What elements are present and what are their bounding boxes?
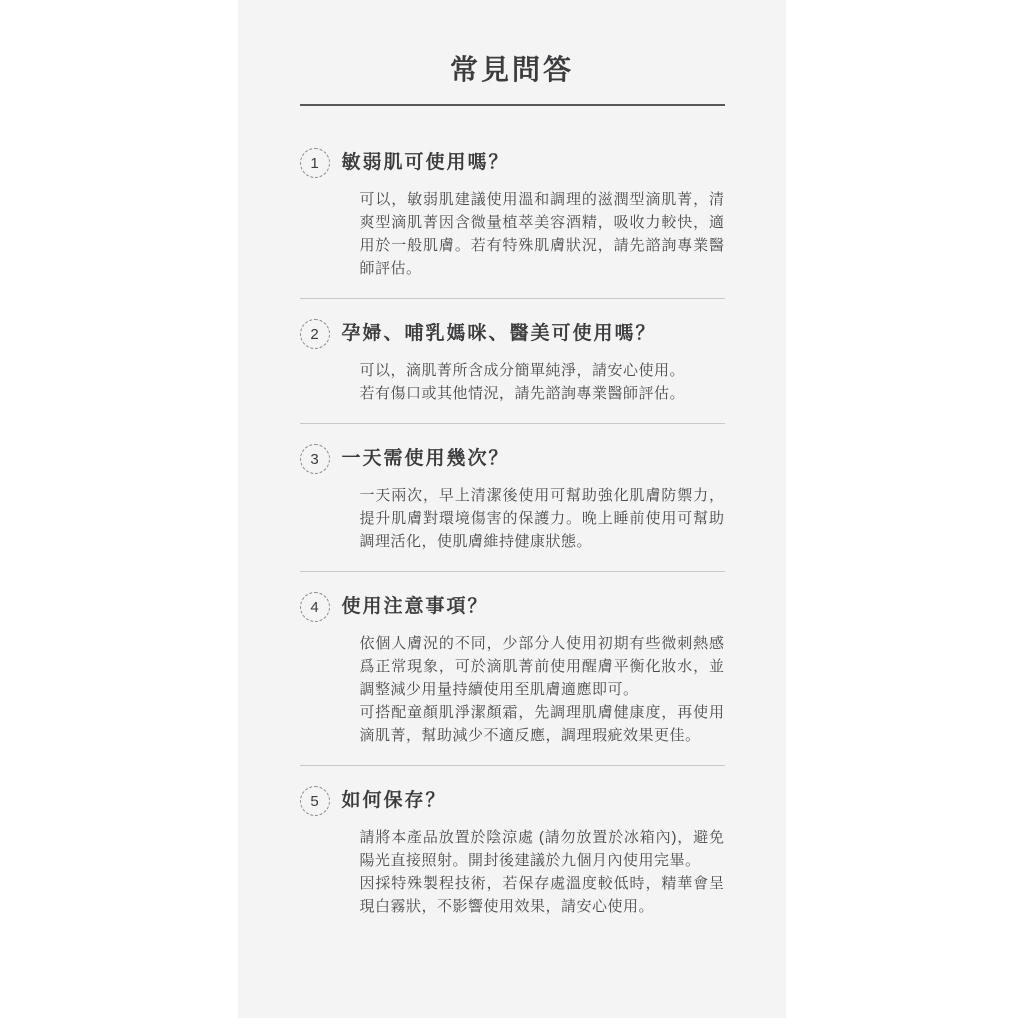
faq-panel: 常見問答 1 敏弱肌可使用嗎？ 可以，敏弱肌建議使用溫和調理的滋潤型滴肌菁，清爽… xyxy=(238,0,786,1018)
answer-text: 可以，敏弱肌建議使用溫和調理的滋潤型滴肌菁，清爽型滴肌菁因含微量植萃美容酒精，吸… xyxy=(360,188,725,280)
item-number-badge: 5 xyxy=(300,786,330,816)
answer-paragraph: 依個人膚況的不同，少部分人使用初期有些微刺熱感爲正常現象，可於滴肌菁前使用醒膚平… xyxy=(360,632,725,701)
answer-text: 依個人膚況的不同，少部分人使用初期有些微刺熱感爲正常現象，可於滴肌菁前使用醒膚平… xyxy=(360,632,725,747)
answer-text: 可以，滴肌菁所含成分簡單純淨，請安心使用。 若有傷口或其他情況，請先諮詢專業醫師… xyxy=(360,359,725,405)
answer-paragraph: 請將本產品放置於陰涼處 (請勿放置於冰箱內)，避免陽光直接照射。開封後建議於九個… xyxy=(360,826,725,872)
faq-item-5: 5 如何保存？ 請將本產品放置於陰涼處 (請勿放置於冰箱內)，避免陽光直接照射。… xyxy=(300,765,725,936)
answer-paragraph: 一天兩次，早上清潔後使用可幫助強化肌膚防禦力，提升肌膚對環境傷害的保護力。晚上睡… xyxy=(360,484,725,553)
question-row: 4 使用注意事項？ xyxy=(300,592,725,622)
question-row: 2 孕婦、哺乳媽咪、醫美可使用嗎？ xyxy=(300,319,725,349)
question-row: 1 敏弱肌可使用嗎？ xyxy=(300,148,725,178)
faq-item-1: 1 敏弱肌可使用嗎？ 可以，敏弱肌建議使用溫和調理的滋潤型滴肌菁，清爽型滴肌菁因… xyxy=(300,148,725,298)
item-number-badge: 2 xyxy=(300,319,330,349)
faq-item-4: 4 使用注意事項？ 依個人膚況的不同，少部分人使用初期有些微刺熱感爲正常現象，可… xyxy=(300,571,725,765)
question-text: 敏弱肌可使用嗎？ xyxy=(342,148,510,178)
question-text: 如何保存？ xyxy=(342,786,447,816)
question-row: 3 一天需使用幾次？ xyxy=(300,444,725,474)
item-number-badge: 4 xyxy=(300,592,330,622)
answer-text: 請將本產品放置於陰涼處 (請勿放置於冰箱內)，避免陽光直接照射。開封後建議於九個… xyxy=(360,826,725,918)
answer-paragraph: 可搭配童顏肌淨潔顏霜，先調理肌膚健康度，再使用滴肌菁，幫助減少不適反應，調理瑕疵… xyxy=(360,701,725,747)
item-number-badge: 3 xyxy=(300,444,330,474)
question-text: 使用注意事項？ xyxy=(342,592,489,622)
faq-list: 1 敏弱肌可使用嗎？ 可以，敏弱肌建議使用溫和調理的滋潤型滴肌菁，清爽型滴肌菁因… xyxy=(300,148,725,936)
answer-paragraph: 若有傷口或其他情況，請先諮詢專業醫師評估。 xyxy=(360,382,725,405)
answer-text: 一天兩次，早上清潔後使用可幫助強化肌膚防禦力，提升肌膚對環境傷害的保護力。晚上睡… xyxy=(360,484,725,553)
question-text: 孕婦、哺乳媽咪、醫美可使用嗎？ xyxy=(342,319,657,349)
answer-paragraph: 因採特殊製程技術，若保存處溫度較低時，精華會呈現白霧狀，不影響使用效果，請安心使… xyxy=(360,872,725,918)
answer-paragraph: 可以，敏弱肌建議使用溫和調理的滋潤型滴肌菁，清爽型滴肌菁因含微量植萃美容酒精，吸… xyxy=(360,188,725,280)
faq-item-2: 2 孕婦、哺乳媽咪、醫美可使用嗎？ 可以，滴肌菁所含成分簡單純淨，請安心使用。 … xyxy=(300,298,725,423)
title-underline xyxy=(300,104,725,106)
question-text: 一天需使用幾次？ xyxy=(342,444,510,474)
faq-item-3: 3 一天需使用幾次？ 一天兩次，早上清潔後使用可幫助強化肌膚防禦力，提升肌膚對環… xyxy=(300,423,725,571)
answer-paragraph: 可以，滴肌菁所含成分簡單純淨，請安心使用。 xyxy=(360,359,725,382)
page-title: 常見問答 xyxy=(238,50,786,90)
item-number-badge: 1 xyxy=(300,148,330,178)
question-row: 5 如何保存？ xyxy=(300,786,725,816)
